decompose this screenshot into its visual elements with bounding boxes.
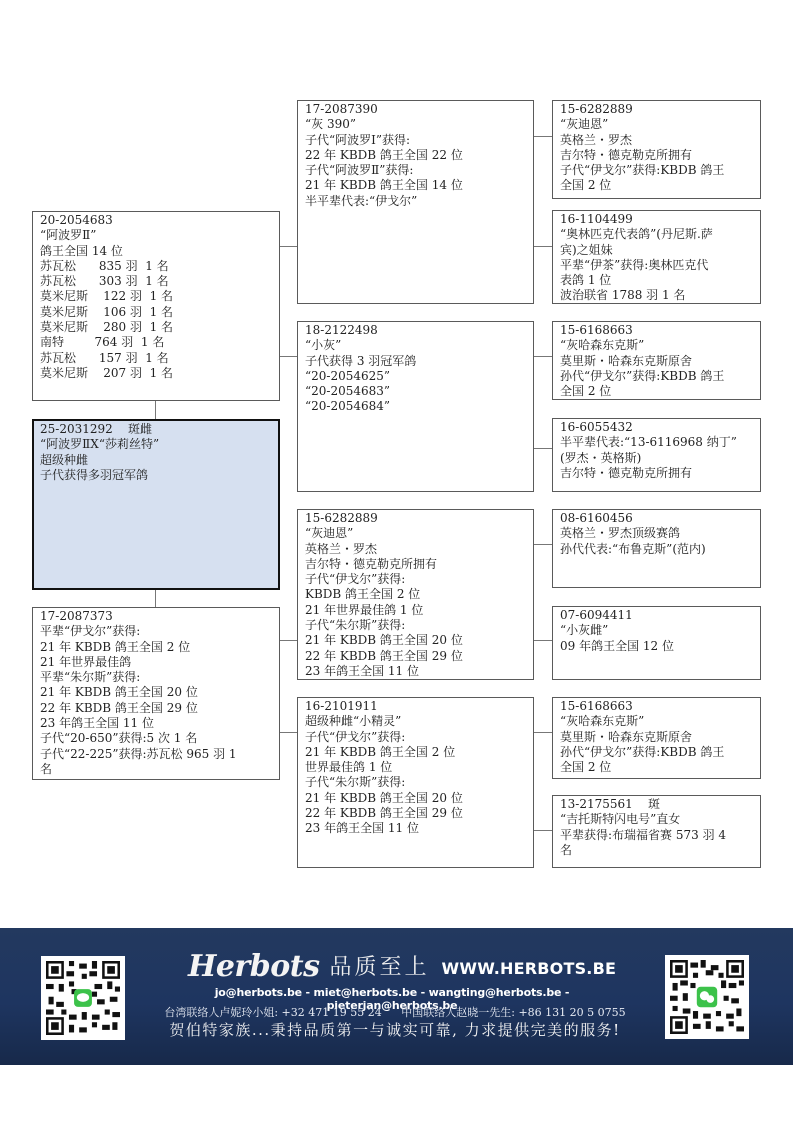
- ggp-text: 全国 2 位: [560, 384, 760, 399]
- sire-result: 莫米尼斯 207 羽 1 名: [40, 366, 279, 381]
- grandparent-box-dam-dam: 16-2101911 超级种雌“小精灵” 子代“伊戈尔”获得: 21 年 KBD…: [297, 697, 534, 868]
- gp-text: 22 年 KBDB 鸽王全国 29 位: [305, 806, 533, 821]
- sire-result: 莫米尼斯 106 羽 1 名: [40, 305, 279, 320]
- dam-text: 子代“20-650”获得:5 次 1 名: [40, 731, 279, 746]
- ggp-ring-number: 13-2175561 斑: [560, 797, 760, 812]
- connector-gp1-to-ggp1: [533, 136, 552, 137]
- dam-text: 名: [40, 762, 279, 777]
- grandparent-box-dam-sire: 15-6282889 “灰迪恩” 英格兰・罗杰 吉尔特・德克勒克所拥有 子代“伊…: [297, 509, 534, 680]
- ggp-text: 吉尔特・德克勒克所拥有: [560, 148, 760, 163]
- connector-gp2-to-ggp3: [533, 356, 552, 357]
- gp-text: 21 年 KBDB 鸽王全国 20 位: [305, 633, 533, 648]
- ggp-ring-number: 15-6282889: [560, 102, 760, 117]
- ggp-text: 子代“伊戈尔”获得:KBDB 鸽王: [560, 163, 760, 178]
- gp-name: “灰 390”: [305, 117, 533, 132]
- dam-text: 21 年 KBDB 鸽王全国 20 位: [40, 685, 279, 700]
- subject-ring-number: 25-2031292 斑雌: [40, 422, 278, 437]
- gp-text: 22 年 KBDB 鸽王全国 22 位: [305, 148, 533, 163]
- grandparent-box-sire-dam: 18-2122498 “小灰” 子代获得 3 羽冠军鸽 “20-2054625”…: [297, 321, 534, 492]
- ggp-ring-number: 07-6094411: [560, 608, 760, 623]
- gp-text: 子代“伊戈尔”获得:: [305, 730, 533, 745]
- contact-taiwan: 台湾联络人卢妮玲小姐: +32 471 19 55 24: [164, 1006, 381, 1019]
- sire-result: 苏瓦松 303 羽 1 名: [40, 274, 279, 289]
- gp-text: 23 年鸽王全国 11 位: [305, 664, 533, 679]
- gp-text: 21 年世界最佳鸽 1 位: [305, 603, 533, 618]
- gp-text: 子代“阿波罗Ⅰ”获得:: [305, 133, 533, 148]
- dam-box: 17-2087373 平辈“伊戈尔”获得: 21 年 KBDB 鸽王全国 2 位…: [32, 607, 280, 780]
- qr-code-line[interactable]: [41, 956, 125, 1040]
- subject-text: 子代获得多羽冠军鸽: [40, 468, 278, 483]
- gp-text: KBDB 鸽王全国 2 位: [305, 587, 533, 602]
- connector-gp3-to-ggp5: [533, 544, 552, 545]
- brand-row: Herbots 品质至上 WWW.HERBOTS.BE: [188, 944, 616, 984]
- ggp-text: 波治联省 1788 羽 1 名: [560, 288, 760, 303]
- ggp-text: 孙代“伊戈尔”获得:KBDB 鸽王: [560, 745, 760, 760]
- connector-gp1-to-ggp2: [533, 246, 552, 247]
- dam-text: 23 年鸽王全国 11 位: [40, 716, 279, 731]
- connector-gp3-to-ggp6: [533, 640, 552, 641]
- gp-text: 21 年 KBDB 鸽王全国 20 位: [305, 791, 533, 806]
- ggp-text: (罗杰・英格斯): [560, 451, 760, 466]
- connector-sire-to-gp1: [279, 246, 297, 247]
- connector-sire-subject: [155, 400, 156, 419]
- ggp-text: 表鸽 1 位: [560, 273, 760, 288]
- ggp-ring-number: 15-6168663: [560, 323, 760, 338]
- connector-gp4-to-ggp8: [533, 830, 552, 831]
- ggp-text: 宾)之姐妹: [560, 243, 760, 258]
- ggp-name: “灰迪恩”: [560, 117, 760, 132]
- connector-dam-to-gp3: [279, 640, 297, 641]
- gp-text: 子代获得 3 羽冠军鸽: [305, 354, 533, 369]
- dam-text: 平辈“伊戈尔”获得:: [40, 624, 279, 639]
- dam-text: 21 年 KBDB 鸽王全国 2 位: [40, 640, 279, 655]
- gp-name: 超级种雌“小精灵”: [305, 714, 533, 729]
- sire-box: 20-2054683 “阿波罗Ⅱ” 鸽王全国 14 位 苏瓦松 835 羽 1 …: [32, 211, 280, 401]
- gp-text: 子代“阿波罗Ⅱ”获得:: [305, 163, 533, 178]
- sire-name: “阿波罗Ⅱ”: [40, 228, 279, 243]
- sire-result: 苏瓦松 157 羽 1 名: [40, 351, 279, 366]
- connector-dam-to-gp4: [279, 732, 297, 733]
- great-grandparent-box-4: 16-6055432 半平辈代表:“13-6116968 纳丁” (罗杰・英格斯…: [552, 418, 761, 492]
- dam-text: 21 年世界最佳鸽: [40, 655, 279, 670]
- dam-text: 22 年 KBDB 鸽王全国 29 位: [40, 701, 279, 716]
- ggp-text: 孙代代表:“布鲁克斯”(范内): [560, 542, 760, 557]
- footer-banner: Herbots 品质至上 WWW.HERBOTS.BE jo@herbots.b…: [0, 928, 793, 1065]
- great-grandparent-box-8: 13-2175561 斑 “吉托斯特闪电号”直女 平辈获得:布瑞福省赛 573 …: [552, 795, 761, 868]
- ggp-text: 莫里斯・哈森东克斯原舍: [560, 730, 760, 745]
- ggp-text: 半平辈代表:“13-6116968 纳丁”: [560, 435, 760, 450]
- herbots-logo: Herbots: [188, 950, 319, 984]
- connector-gp4-to-ggp7: [533, 732, 552, 733]
- footer-tagline: 贺伯特家族...秉持品质第一与诚实可靠, 力求提供完美的服务!: [140, 1019, 650, 1040]
- ggp-text: 英格兰・罗杰顶级赛鸽: [560, 526, 760, 541]
- gp-text: 半平辈代表:“伊戈尔”: [305, 194, 533, 209]
- great-grandparent-box-2: 16-1104499 “奥林匹克代表鸽”(丹尼斯.萨 宾)之姐妹 平辈“伊茶”获…: [552, 210, 761, 304]
- gp-ring-number: 16-2101911: [305, 699, 533, 714]
- gp-text: 23 年鸽王全国 11 位: [305, 821, 533, 836]
- ggp-ring-number: 08-6160456: [560, 511, 760, 526]
- ggp-text: 名: [560, 843, 760, 858]
- gp-ring-number: 18-2122498: [305, 323, 533, 338]
- connector-sire-to-gp2: [279, 356, 297, 357]
- ggp-name: “灰哈森东克斯”: [560, 338, 760, 353]
- ggp-text: 全国 2 位: [560, 178, 760, 193]
- brand-slogan: 品质至上: [329, 952, 429, 984]
- connector-gp2-to-ggp4: [533, 448, 552, 449]
- gp-name: “灰迪恩”: [305, 526, 533, 541]
- qr-code-wechat[interactable]: [665, 955, 749, 1039]
- gp-ring-number: 15-6282889: [305, 511, 533, 526]
- sire-result: 苏瓦松 835 羽 1 名: [40, 259, 279, 274]
- great-grandparent-box-7: 15-6168663 “灰哈森东克斯” 莫里斯・哈森东克斯原舍 孙代“伊戈尔”获…: [552, 697, 761, 779]
- ggp-text: 09 年鸽王全国 12 位: [560, 639, 760, 654]
- gp-text: 子代“朱尔斯”获得:: [305, 618, 533, 633]
- great-grandparent-box-5: 08-6160456 英格兰・罗杰顶级赛鸽 孙代代表:“布鲁克斯”(范内): [552, 509, 761, 588]
- gp-text: 吉尔特・德克勒克所拥有: [305, 557, 533, 572]
- website-link[interactable]: WWW.HERBOTS.BE: [442, 954, 617, 984]
- gp-text: “20-2054683”: [305, 384, 533, 399]
- dam-text: 平辈“朱尔斯”获得:: [40, 670, 279, 685]
- gp-text: 世界最佳鸽 1 位: [305, 760, 533, 775]
- dam-text: 子代“22-225”获得:苏瓦松 965 羽 1: [40, 747, 279, 762]
- gp-text: 子代“伊戈尔”获得:: [305, 572, 533, 587]
- gp-name: “小灰”: [305, 338, 533, 353]
- ggp-ring-number: 16-1104499: [560, 212, 760, 227]
- ggp-ring-number: 16-6055432: [560, 420, 760, 435]
- gp-text: “20-2054625”: [305, 369, 533, 384]
- ggp-text: 平辈“伊茶”获得:奥林匹克代: [560, 258, 760, 273]
- sire-result: 南特 764 羽 1 名: [40, 335, 279, 350]
- ggp-name: “小灰雌”: [560, 623, 760, 638]
- sire-result: 莫米尼斯 122 羽 1 名: [40, 289, 279, 304]
- ggp-text: 吉尔特・德克勒克所拥有: [560, 466, 760, 481]
- subject-box: 25-2031292 斑雌 “阿波罗ⅡX“莎莉丝特” 超级种雌 子代获得多羽冠军…: [32, 419, 280, 590]
- gp-text: 21 年 KBDB 鸽王全国 14 位: [305, 178, 533, 193]
- qr-line-icon: [46, 961, 120, 1035]
- contact-china: 中国联络人赵晓一先生: +86 131 20 5 0755: [401, 1006, 625, 1019]
- gp-ring-number: 17-2087390: [305, 102, 533, 117]
- ggp-text: 平辈获得:布瑞福省赛 573 羽 4: [560, 828, 760, 843]
- dam-ring-number: 17-2087373: [40, 609, 279, 624]
- qr-wechat-icon: [670, 960, 744, 1034]
- gp-text: 子代“朱尔斯”获得:: [305, 775, 533, 790]
- ggp-name: “灰哈森东克斯”: [560, 714, 760, 729]
- grandparent-box-sire-sire: 17-2087390 “灰 390” 子代“阿波罗Ⅰ”获得: 22 年 KBDB…: [297, 100, 534, 304]
- ggp-text: 英格兰・罗杰: [560, 133, 760, 148]
- gp-text: 英格兰・罗杰: [305, 542, 533, 557]
- connector-subject-dam: [155, 589, 156, 607]
- gp-text: “20-2054684”: [305, 399, 533, 414]
- sire-ring-number: 20-2054683: [40, 213, 279, 228]
- sire-text: 鸽王全国 14 位: [40, 244, 279, 259]
- great-grandparent-box-6: 07-6094411 “小灰雌” 09 年鸽王全国 12 位: [552, 606, 761, 680]
- phone-contacts: 台湾联络人卢妮玲小姐: +32 471 19 55 24 中国联络人赵晓一先生:…: [145, 1004, 645, 1020]
- great-grandparent-box-3: 15-6168663 “灰哈森东克斯” 莫里斯・哈森东克斯原舍 孙代“伊戈尔”获…: [552, 321, 761, 400]
- gp-text: 22 年 KBDB 鸽王全国 29 位: [305, 649, 533, 664]
- subject-parents: “阿波罗ⅡX“莎莉丝特”: [40, 437, 278, 452]
- ggp-ring-number: 15-6168663: [560, 699, 760, 714]
- ggp-text: 莫里斯・哈森东克斯原舍: [560, 354, 760, 369]
- gp-text: 21 年 KBDB 鸽王全国 2 位: [305, 745, 533, 760]
- subject-text: 超级种雌: [40, 453, 278, 468]
- ggp-text: 孙代“伊戈尔”获得:KBDB 鸽王: [560, 369, 760, 384]
- ggp-name: “吉托斯特闪电号”直女: [560, 812, 760, 827]
- ggp-name: “奥林匹克代表鸽”(丹尼斯.萨: [560, 227, 760, 242]
- sire-result: 莫米尼斯 280 羽 1 名: [40, 320, 279, 335]
- great-grandparent-box-1: 15-6282889 “灰迪恩” 英格兰・罗杰 吉尔特・德克勒克所拥有 子代“伊…: [552, 100, 761, 199]
- ggp-text: 全国 2 位: [560, 760, 760, 775]
